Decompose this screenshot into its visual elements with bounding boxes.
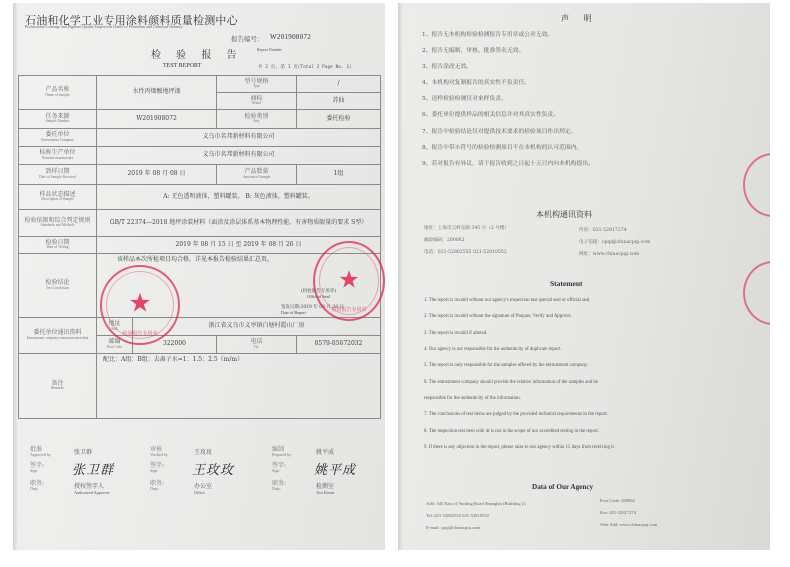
agency-tel-en: Tel: 021-52802555 021-52810552 [426, 513, 489, 518]
row-sample-number: 任务来源 Sample Number W201908072 检验类别 Sort … [19, 110, 381, 129]
contact-website-cn: 网址：www.chinacpqi.com [579, 251, 639, 257]
conclusion-label: 检验结论 Test Conclusion [19, 254, 97, 318]
statement-item-en: 3. The report is invalid if altered. [424, 329, 615, 345]
date-testing-label: 检验日期 Date of Testing [19, 237, 97, 254]
report-title-cn: 检 验 报 告 [151, 46, 243, 61]
statement-item-cn: 3、报告涂改无效。 [422, 62, 594, 78]
star-icon: ★ [338, 266, 360, 294]
statement-title-en: Statement [550, 279, 583, 288]
handwritten-signature: 姚平成 [314, 459, 356, 478]
report-number-label-en: Report Number [257, 47, 282, 52]
statement-item-en: 9. If there is any objection in the repo… [424, 443, 615, 459]
contact-address-cn: 地址：上海市云岭东路 345 号（2 号楼） [424, 225, 509, 231]
tel-label: 电话 Tel. [217, 336, 297, 354]
signature-prepared: 编制Prepared by 姚平成 签字:Sign 姚平成 职务:Duty: 检… [272, 447, 385, 497]
statement-item-en: 7. The conclusions of test items are jud… [424, 410, 615, 426]
agency-address-en: Add: 345 East of Yunling Road Shanghai (… [426, 501, 526, 506]
sort-label: 检验类别 Sort [217, 110, 297, 129]
official-seal-stamp-left: ★ 检验报告专用章 [100, 265, 180, 345]
contact-postcode-cn: 邮政编码：200062 [424, 237, 465, 243]
row-date-received: 到样日期 Date of Sample Received 2019 年 08 月… [19, 165, 381, 185]
amount-value: 1组 [297, 165, 381, 185]
sample-name-label: 产品名称 Name of Sample [19, 76, 97, 110]
row-entrustment-company: 委托单位 Entrustment Company 义乌市名邦新材料有限公司 [19, 129, 381, 147]
statement-item-cn: 7、报告中检验结论仅对提供技术要求的检验项目作出判定。 [422, 127, 594, 143]
sort-value: 委托检验 [297, 110, 381, 129]
test-report-page-1: 石油和化学工业专用涂料颜料质量检测中心 Professional Coating… [13, 3, 385, 550]
test-report-page-2: 声 明 1、报告无本机构检验检测报告专用章或公章无效。 2、报告无编制、审核、批… [398, 3, 770, 550]
remarks-label: 备注 Remarks [19, 354, 97, 419]
amount-label: 产品数量 Amount of Sample [217, 165, 297, 185]
contact-phone-cn: 电话：021-52802555 021-52810552 [424, 249, 507, 255]
statement-item-en: 6. The entrustment company should provid… [424, 378, 615, 394]
sample-name-value: 水性丙烯酸地坪漆 [97, 76, 217, 110]
report-number: W201908072 [270, 33, 311, 41]
type-value: / [297, 76, 381, 93]
statement-item-cn: 4、本机构对复制报告的真实性不负责任。 [422, 78, 594, 94]
statement-item-en: responsible for the authenticity of the … [424, 394, 615, 410]
brand-label: 商标 Brand [217, 93, 297, 110]
row-sample-name: 产品名称 Name of Sample 水性丙烯酸地坪漆 型号规格 Type / [19, 76, 381, 93]
statement-item-en: 4. Our agency is not responsible for the… [424, 345, 615, 361]
stamp-text: 检验报告专用章 [102, 330, 178, 337]
brand-value: 苏仙 [297, 93, 381, 110]
statement-item-en: 8. The inspection test item with ※ is no… [424, 427, 615, 443]
row-address: 委托单位通讯资料 Entrustment company communicati… [19, 318, 381, 336]
row-standards: 检验依据和综合判定规则 Standards and Methods GB/T 2… [19, 210, 381, 237]
handwritten-signature: 张卫群 [72, 459, 114, 478]
manufacturer-label: 标称生产单位 Nominal manufacture [19, 147, 97, 165]
manufacturer-value: 义乌市名邦新材料有限公司 [97, 147, 381, 165]
date-received-value: 2019 年 08 月 08 日 [97, 165, 217, 185]
statement-item-en: 5. The report is only responsible for th… [424, 361, 615, 377]
statement-item-cn: 5、送样检验检测仅对来样负责。 [422, 94, 594, 110]
statement-item-en: 2. The report is invalid without the sig… [424, 312, 615, 328]
stamp-text: 检验报告专用章 [315, 306, 383, 313]
agency-email-en: E-mail: cpqi@chinacpqi.com [426, 525, 480, 530]
contact-fax-cn: 传真：021-52817274 [579, 227, 626, 233]
org-name-en: Professional Coatings and Pigment Qualit… [25, 24, 183, 29]
star-icon: ★ [128, 289, 151, 319]
sample-number-value: W201908072 [97, 110, 217, 129]
signature-verified: 审核Verified by 王玫玫 签字:Sign 王玫玫 职务:Duty: 办… [150, 447, 270, 497]
description-label: 样品状态描述 Description of Sample [19, 185, 97, 210]
page-info: 共 2 页, 第 1 页(Total 2 Page No. 1) [258, 64, 352, 70]
agency-postcode-en: Post Code: 200062 [600, 498, 635, 503]
conclusion-text: 该样品本次所检项目均合格。详见本报告检验结果汇总页。 [117, 257, 273, 263]
standards-value: GB/T 22374—2018 地坪涂装材料（面涂及涂层体系基本物理性能、有害物… [97, 210, 381, 237]
statement-item-en: 1. The report is invalid without our age… [424, 296, 615, 312]
handwritten-signature: 王玫玫 [192, 459, 234, 478]
entrustment-company-value: 义乌市名邦新材料有限公司 [97, 129, 381, 147]
signature-approved: 批准Approved by 张卫群 签字:Sign 张卫群 职务:Duty 授权… [30, 447, 150, 497]
statement-list-cn: 1、报告无本机构检验检测报告专用章或公章无效。 2、报告无编制、审核、批准签名无… [422, 30, 594, 175]
row-description: 样品状态描述 Description of Sample A: 无色透明液体，塑… [19, 185, 381, 210]
report-title-en: TEST REPORT [163, 63, 201, 69]
partial-seal-mark [743, 261, 770, 325]
statement-title-cn: 声 明 [561, 13, 598, 24]
statement-list-en: 1. The report is invalid without our age… [424, 296, 615, 459]
type-label: 型号规格 Type [217, 76, 297, 93]
date-received-label: 到样日期 Date of Sample Received [19, 165, 97, 185]
statement-item-cn: 1、报告无本机构检验检测报告专用章或公章无效。 [422, 30, 594, 46]
entrustment-company-label: 委托单位 Entrustment Company [19, 129, 97, 147]
standards-label: 检验依据和综合判定规则 Standards and Methods [19, 210, 97, 237]
agency-fax-en: Fax: 021-52817274 [600, 510, 636, 515]
statement-item-cn: 8、报告中带※符号的检验检测项目不在本机构的认可范围内。 [422, 143, 594, 159]
statement-item-cn: 2、报告无编制、审核、批准签名无效。 [422, 46, 594, 62]
report-number-label: 报告编号： [231, 34, 264, 43]
partial-seal-mark [743, 153, 770, 217]
description-value: A: 无色透明液体，塑料罐装。 B: 灰色液体，塑料罐装。 [97, 185, 381, 210]
contact-title-cn: 本机构通讯资料 [536, 209, 592, 220]
communication-label: 委托单位通讯资料 Entrustment company communicati… [19, 318, 97, 354]
row-remarks: 备注 Remarks 配比：A组：B组：去离子水=1：1.5：2.5（m/m） [19, 354, 381, 419]
page-edge-shadow [398, 3, 403, 550]
contact-email-cn: 电子信箱：cpqi@chinacpqi.com [579, 239, 650, 245]
tel-value: 0579-85672032 [297, 336, 381, 354]
report-table: 产品名称 Name of Sample 水性丙烯酸地坪漆 型号规格 Type /… [18, 75, 381, 419]
sample-number-label: 任务来源 Sample Number [19, 110, 97, 129]
remarks-value: 配比：A组：B组：去离子水=1：1.5：2.5（m/m） [97, 354, 381, 419]
agency-title-en: Data of Our Agency [532, 483, 593, 491]
row-manufacturer: 标称生产单位 Nominal manufacture 义乌市名邦新材料有限公司 [19, 147, 381, 165]
statement-item-cn: 9、若对报告有异议，请于报告收到之日起十五日内向本机构提出。 [422, 159, 594, 175]
statement-item-cn: 6、委托单位提供样品的相关信息并对其真实性负责。 [422, 110, 594, 126]
official-seal-stamp-right: ★ 检验报告专用章 [313, 241, 385, 321]
agency-website-en: Web Add: www.chinacpqi.com [600, 522, 657, 527]
